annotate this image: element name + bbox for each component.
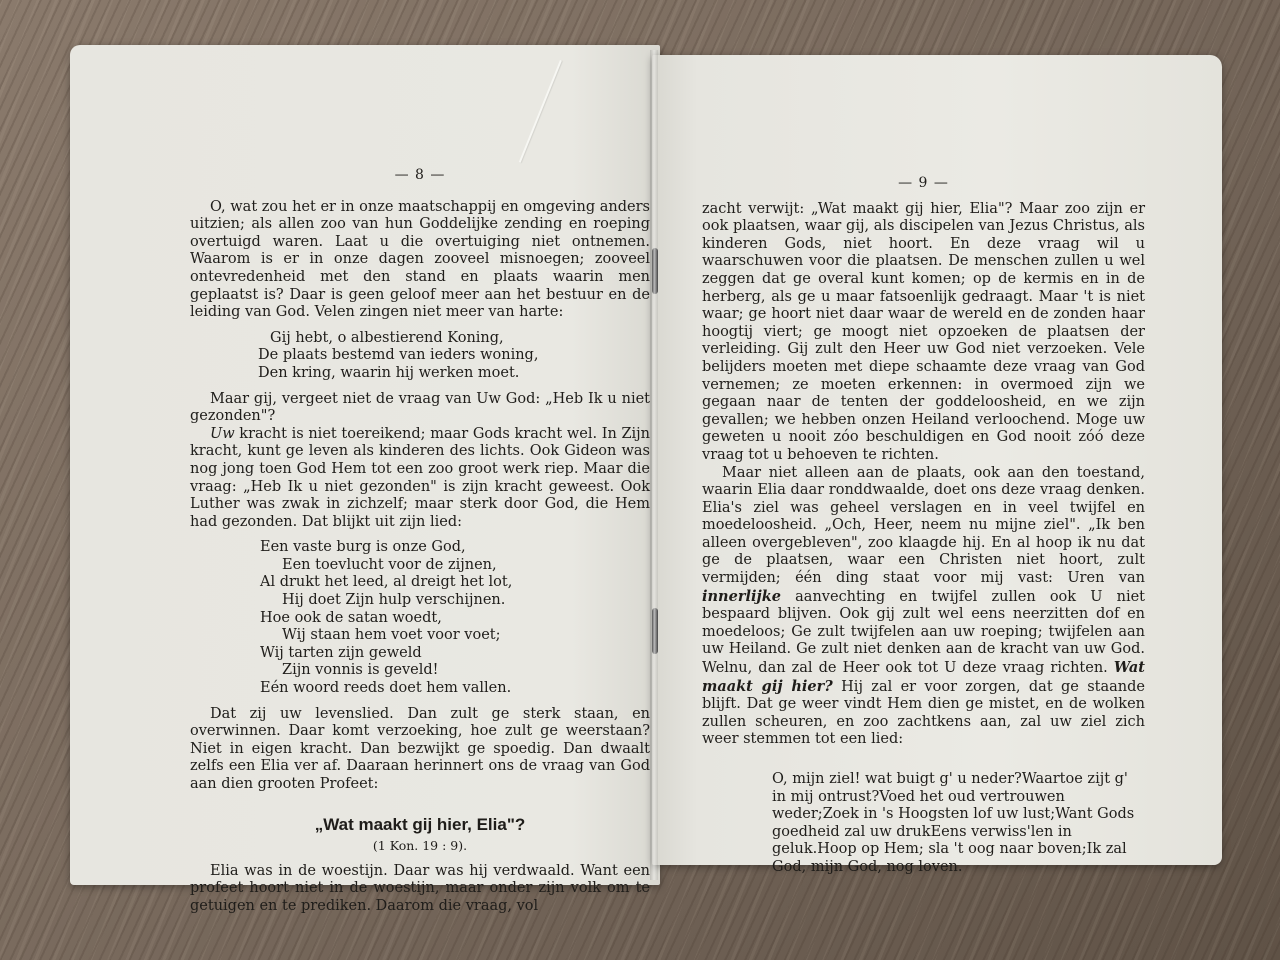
verse-line: Wij staan hem voet voor voet; <box>260 627 650 645</box>
page-number-8: — 8 — <box>190 167 650 185</box>
paragraph-text: Maar niet alleen aan de plaats, ook aan … <box>702 465 1145 587</box>
verse-line: Hoop op Hem; sla 't oog naar boven; <box>817 841 1086 857</box>
paragraph: Elia was in de woestijn. Daar was hij ve… <box>190 863 650 916</box>
verse-line: Een toevlucht voor de zijnen, <box>260 557 650 575</box>
verse-line: De plaats bestemd van ieders woning, <box>258 347 650 365</box>
book-spine <box>650 50 658 880</box>
italic-word: Uw <box>210 426 235 442</box>
verse-line: Zijn vonnis is geveld! <box>260 662 650 680</box>
verse-line: Zoek in 's Hoogsten lof uw lust; <box>823 806 1055 822</box>
verse-line: Wij tarten zijn geweld <box>260 645 650 663</box>
paragraph: Uw kracht is niet toereikend; maar Gods … <box>190 426 650 532</box>
page-number-9: — 9 — <box>702 175 1145 193</box>
staple-bottom <box>652 608 658 654</box>
paragraph: Maar niet alleen aan de plaats, ook aan … <box>702 465 1145 750</box>
paragraph: Dat zij uw levenslied. Dan zult ge sterk… <box>190 706 650 794</box>
paragraph: O, wat zou het er in onze maatschappij e… <box>190 199 650 322</box>
staple-top <box>652 248 658 294</box>
paragraph: zacht verwijt: „Wat maakt gij hier, Elia… <box>702 201 1145 465</box>
verse-line: Hij doet Zijn hulp verschijnen. <box>260 592 650 610</box>
verse-block-luther: Een vaste burg is onze God,Een toevlucht… <box>260 539 650 697</box>
left-page: — 8 — O, wat zou het er in onze maatscha… <box>70 45 660 885</box>
verse-line: Den kring, waarin hij werken moet. <box>258 365 650 383</box>
left-page-text: — 8 — O, wat zou het er in onze maatscha… <box>190 167 650 916</box>
verse-block: Gij hebt, o albestierend Koning, De plaa… <box>270 330 650 383</box>
verse-line: Gij hebt, o albestierend Koning, <box>270 330 650 348</box>
bible-reference: (1 Kon. 19 : 9). <box>190 837 650 855</box>
paragraph-text: kracht is niet toereikend; maar Gods kra… <box>190 426 650 530</box>
verse-block-psalm: O, mijn ziel! wat buigt g' u neder?Waart… <box>772 771 1145 877</box>
verse-line: Eén woord reeds doet hem vallen. <box>260 680 650 698</box>
right-page: — 9 — zacht verwijt: „Wat maakt gij hier… <box>652 55 1222 865</box>
verse-line: O, mijn ziel! wat buigt g' u neder? <box>772 771 1022 787</box>
italic-word: innerlijke <box>702 588 781 605</box>
paragraph: Maar gij, vergeet niet de vraag van Uw G… <box>190 391 650 426</box>
verse-line: Al drukt het leed, al dreigt het lot, <box>260 574 650 592</box>
section-heading: „Wat maakt gij hier, Elia"? <box>190 816 650 834</box>
verse-line: Een vaste burg is onze God, <box>260 539 650 557</box>
right-page-text: — 9 — zacht verwijt: „Wat maakt gij hier… <box>702 175 1145 877</box>
verse-line: Hoe ook de satan woedt, <box>260 610 650 628</box>
